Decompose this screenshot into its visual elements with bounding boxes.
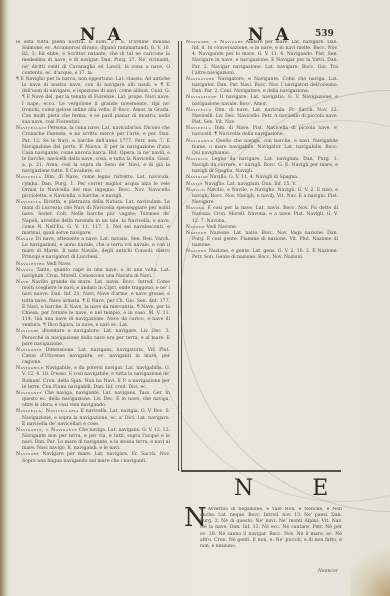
column-divider-right <box>181 41 182 471</box>
entry: Naviglio Legno da navigare. Lat. navigiu… <box>186 157 338 175</box>
entry: Navicella Dim. di Nave, come legno ristr… <box>16 175 170 200</box>
left-column: le està tutta piena nostra. E nom. 27 S.… <box>16 40 170 510</box>
entry: Navicare diventare e navigatore. Lat. na… <box>16 329 170 347</box>
entry: Navilio Navilio, e Navile, e Naviglio. N… <box>186 188 338 206</box>
ne-section-text: E. Avverbio di negazione, e vale Non, e … <box>200 507 342 569</box>
entry: Navata Tanto, quanto cape in una nave, o… <box>16 268 170 280</box>
section-heading: N E <box>234 476 354 501</box>
entry: Navigante Che naviga, navigante. Lat. na… <box>16 391 170 409</box>
entry: Navona E così per la nave. Lat. navis. B… <box>186 206 338 224</box>
entry: Navigare, e Navicare Andare per mare. La… <box>186 40 338 77</box>
entry: Navigante, e Navigante Che naviga. Lat. … <box>16 428 170 453</box>
entry: le està tutta piena nostra. E nom. 27 S.… <box>16 40 170 77</box>
entry: Nazione Nazione. Lat. natio. Bocc. Nov. … <box>186 231 338 249</box>
entry: Navigabile Navigabile, e da potersi navi… <box>16 366 170 391</box>
entry: Navicellaio Persona, la cuna nave. Lat. … <box>16 126 170 175</box>
entry: Navicella, Navicellaria E navicella. Lat… <box>16 409 170 427</box>
entry: Navicello Dim. di nave. Lat. navicula. F… <box>186 108 338 126</box>
entry: Navale Di nave, attenente a nave. Lat. n… <box>16 237 170 262</box>
entry: Nave Navilio grande da mare. Lat. navis.… <box>16 280 170 329</box>
entry: Navigabile Quello che naviga, con barche… <box>186 139 338 157</box>
right-column: Navigare, e Navicare Andare per mare. La… <box>186 40 338 467</box>
page-number: 539 <box>315 29 334 39</box>
corner-stain <box>350 536 390 596</box>
entry: Navigazione Il navigare. Lat. navigatio.… <box>186 95 338 107</box>
entry: Navigatore Navigatore, e Navigante. Colu… <box>186 77 338 95</box>
entry: Navigante Dimensione. Lat. navigans, nav… <box>16 348 170 366</box>
entry: ¶ E Naviglio per la barca, non opportuno… <box>16 77 170 126</box>
entry: Nazione Nazione, e gente. Lat. gens. G. … <box>186 249 338 261</box>
entry: Navigare Navigare per mare. Lat. navigar… <box>16 452 170 464</box>
entry: Navicella Dim. di Nave. Pist. Navicella … <box>186 126 338 138</box>
column-divider-left <box>178 41 179 471</box>
scanned-page: N A N A 539 le està tutta piena nostra. … <box>0 0 390 596</box>
entry: Navicella Ricetta, e pietruzza della Nat… <box>16 200 170 237</box>
section-rule <box>181 470 341 472</box>
catchword: Neancor <box>318 569 338 574</box>
book-spine-shadow <box>0 0 8 596</box>
